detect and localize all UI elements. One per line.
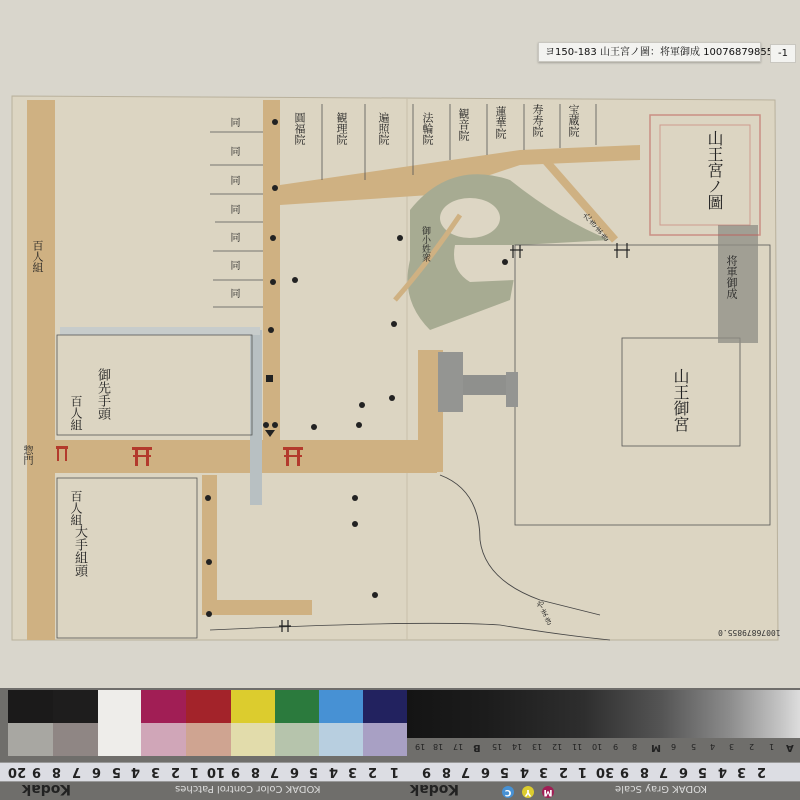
- left-road-label: 百人組: [32, 240, 43, 273]
- color-control-label: KODAK Color Control Patches: [175, 783, 320, 794]
- main-shrine-label: 山王御宮: [672, 368, 688, 432]
- gray-scale-labels: A 1 2 3 4 5 6 M 8 9 10 11 12 13 14 15 B …: [405, 738, 800, 760]
- patch-lavender: [363, 723, 407, 756]
- top-house-6: 蓮華院: [495, 106, 506, 139]
- left-block-upper-2: 百人組: [70, 395, 82, 431]
- map-title: 山王宮ノ圖: [706, 130, 722, 210]
- patch-magenta: [141, 690, 186, 723]
- gray-scale-label: KODAK Gray Scale: [615, 783, 707, 794]
- kodak-logo-right: Kodak: [410, 781, 459, 797]
- small-plot-7: 同: [228, 288, 238, 298]
- shrine-map: [0, 0, 800, 690]
- patch-gray: [8, 723, 53, 756]
- left-road: [27, 100, 55, 640]
- measuring-ruler: 20 9 8 7 6 5 4 3 2 1 10 9 8 7 6 5 4 3 2 …: [0, 762, 800, 782]
- main-road: [27, 440, 437, 473]
- gray-wall: [718, 225, 758, 343]
- top-house-7: 寿寿院: [532, 104, 543, 137]
- patch-green: [275, 690, 319, 723]
- patch-black-1: [8, 690, 53, 723]
- patch-salmon: [186, 723, 231, 756]
- patch-red: [186, 690, 231, 723]
- patch-pale-blue: [319, 723, 363, 756]
- patch-pink: [141, 723, 186, 756]
- small-plot-4: 同: [228, 204, 238, 214]
- left-block-upper-1: 御先手頭: [96, 368, 109, 420]
- cmy-c-icon: C: [502, 786, 514, 798]
- map-subtitle: 将軍御成: [726, 255, 737, 299]
- patch-pale-green: [275, 723, 319, 756]
- gate-label: 惣門: [21, 445, 31, 465]
- small-plot-5: 同: [228, 232, 238, 242]
- central-label: 御小姓衆: [420, 226, 429, 262]
- middle-road: [263, 100, 280, 445]
- inventory-stamp: 10076879855.0: [718, 628, 781, 637]
- left-block-lower-1: 百人組: [70, 490, 82, 526]
- small-plot-3: 同: [228, 175, 238, 185]
- canal-top: [60, 327, 260, 335]
- patch-yellow: [231, 690, 275, 723]
- top-house-1: 圓福院: [294, 112, 305, 145]
- cmy-y-icon: Y: [522, 786, 534, 798]
- small-plot-1: 同: [228, 117, 238, 127]
- patch-blue: [319, 690, 363, 723]
- patch-taupe: [53, 723, 98, 756]
- gray-scale: [407, 690, 800, 738]
- kodak-logo-left: Kodak: [22, 781, 71, 797]
- patch-white: [98, 690, 141, 756]
- top-house-4: 法輪院: [422, 112, 433, 145]
- top-house-8: 宝蔵院: [568, 104, 579, 137]
- top-house-3: 遍照院: [378, 112, 389, 145]
- small-plot-2: 同: [228, 146, 238, 156]
- top-house-2: 観理院: [336, 112, 347, 145]
- small-plot-6: 同: [228, 260, 238, 270]
- gate-house: [438, 352, 463, 412]
- left-block-lower-2: 大手組頭: [73, 525, 86, 577]
- patch-pale-yellow: [231, 723, 275, 756]
- patch-navy: [363, 690, 407, 723]
- top-house-5: 観音院: [458, 108, 469, 141]
- patch-black-2: [53, 690, 98, 723]
- cmy-m-icon: M: [542, 786, 554, 798]
